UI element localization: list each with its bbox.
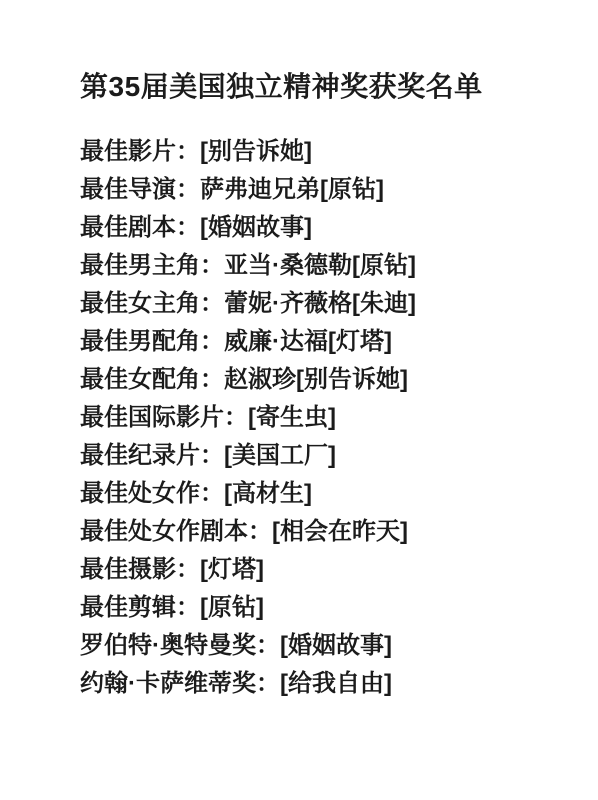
award-category: 最佳处女作 [80, 480, 200, 507]
award-row: 最佳男配角：威廉·达福[灯塔] [80, 323, 416, 361]
award-row: 最佳纪录片：[美国工厂] [80, 437, 416, 475]
award-row: 最佳女配角：赵淑珍[别告诉她] [80, 361, 416, 399]
colon-separator: ： [200, 442, 224, 469]
award-row: 罗伯特·奥特曼奖：[婚姻故事] [80, 627, 416, 665]
colon-separator: ： [176, 214, 200, 241]
colon-separator: ： [200, 328, 224, 355]
award-winner: 威廉·达福[灯塔] [224, 328, 392, 355]
award-category: 最佳纪录片 [80, 442, 200, 469]
award-winner: [寄生虫] [248, 404, 336, 431]
colon-separator: ： [200, 366, 224, 393]
colon-separator: ： [176, 556, 200, 583]
award-row: 最佳国际影片：[寄生虫] [80, 399, 416, 437]
award-category: 最佳男主角 [80, 252, 200, 279]
award-category: 最佳剧本 [80, 214, 176, 241]
award-winner: [美国工厂] [224, 442, 336, 469]
award-row: 约翰·卡萨维蒂奖：[给我自由] [80, 665, 416, 703]
award-category: 约翰·卡萨维蒂奖 [80, 670, 256, 697]
colon-separator: ： [248, 518, 272, 545]
colon-separator: ： [176, 138, 200, 165]
award-list-page: 第35届美国独立精神奖获奖名单 最佳影片：[别告诉她] 最佳导演：萨弗迪兄弟[原… [0, 0, 598, 800]
award-row: 最佳男主角：亚当·桑德勒[原钻] [80, 247, 416, 285]
award-row: 最佳摄影：[灯塔] [80, 551, 416, 589]
award-winner: 萨弗迪兄弟[原钻] [200, 176, 384, 203]
award-category: 最佳女主角 [80, 290, 200, 317]
award-category: 最佳影片 [80, 138, 176, 165]
award-row: 最佳导演：萨弗迪兄弟[原钻] [80, 171, 416, 209]
award-winner: [原钻] [200, 594, 264, 621]
award-row: 最佳处女作：[高材生] [80, 475, 416, 513]
page-title: 第35届美国独立精神奖获奖名单 [80, 71, 483, 103]
award-category: 最佳国际影片 [80, 404, 224, 431]
award-winner: [给我自由] [280, 670, 392, 697]
award-category: 最佳男配角 [80, 328, 200, 355]
award-category: 最佳处女作剧本 [80, 518, 248, 545]
award-winner: [高材生] [224, 480, 312, 507]
award-winner: 亚当·桑德勒[原钻] [224, 252, 416, 279]
colon-separator: ： [176, 594, 200, 621]
award-row: 最佳影片：[别告诉她] [80, 133, 416, 171]
colon-separator: ： [200, 290, 224, 317]
award-category: 罗伯特·奥特曼奖 [80, 632, 256, 659]
award-category: 最佳摄影 [80, 556, 176, 583]
award-winner: [灯塔] [200, 556, 264, 583]
colon-separator: ： [200, 252, 224, 279]
award-winner: [别告诉她] [200, 138, 312, 165]
colon-separator: ： [200, 480, 224, 507]
award-winner: [婚姻故事] [200, 214, 312, 241]
award-row: 最佳剧本：[婚姻故事] [80, 209, 416, 247]
colon-separator: ： [224, 404, 248, 431]
award-row: 最佳处女作剧本：[相会在昨天] [80, 513, 416, 551]
award-row: 最佳女主角：蕾妮·齐薇格[朱迪] [80, 285, 416, 323]
colon-separator: ： [256, 632, 280, 659]
award-winner: 赵淑珍[别告诉她] [224, 366, 408, 393]
award-category: 最佳剪辑 [80, 594, 176, 621]
colon-separator: ： [176, 176, 200, 203]
award-winner: [相会在昨天] [272, 518, 408, 545]
colon-separator: ： [256, 670, 280, 697]
award-list: 最佳影片：[别告诉她] 最佳导演：萨弗迪兄弟[原钻] 最佳剧本：[婚姻故事] 最… [80, 133, 416, 703]
award-winner: 蕾妮·齐薇格[朱迪] [224, 290, 416, 317]
award-winner: [婚姻故事] [280, 632, 392, 659]
award-category: 最佳女配角 [80, 366, 200, 393]
award-row: 最佳剪辑：[原钻] [80, 589, 416, 627]
award-category: 最佳导演 [80, 176, 176, 203]
